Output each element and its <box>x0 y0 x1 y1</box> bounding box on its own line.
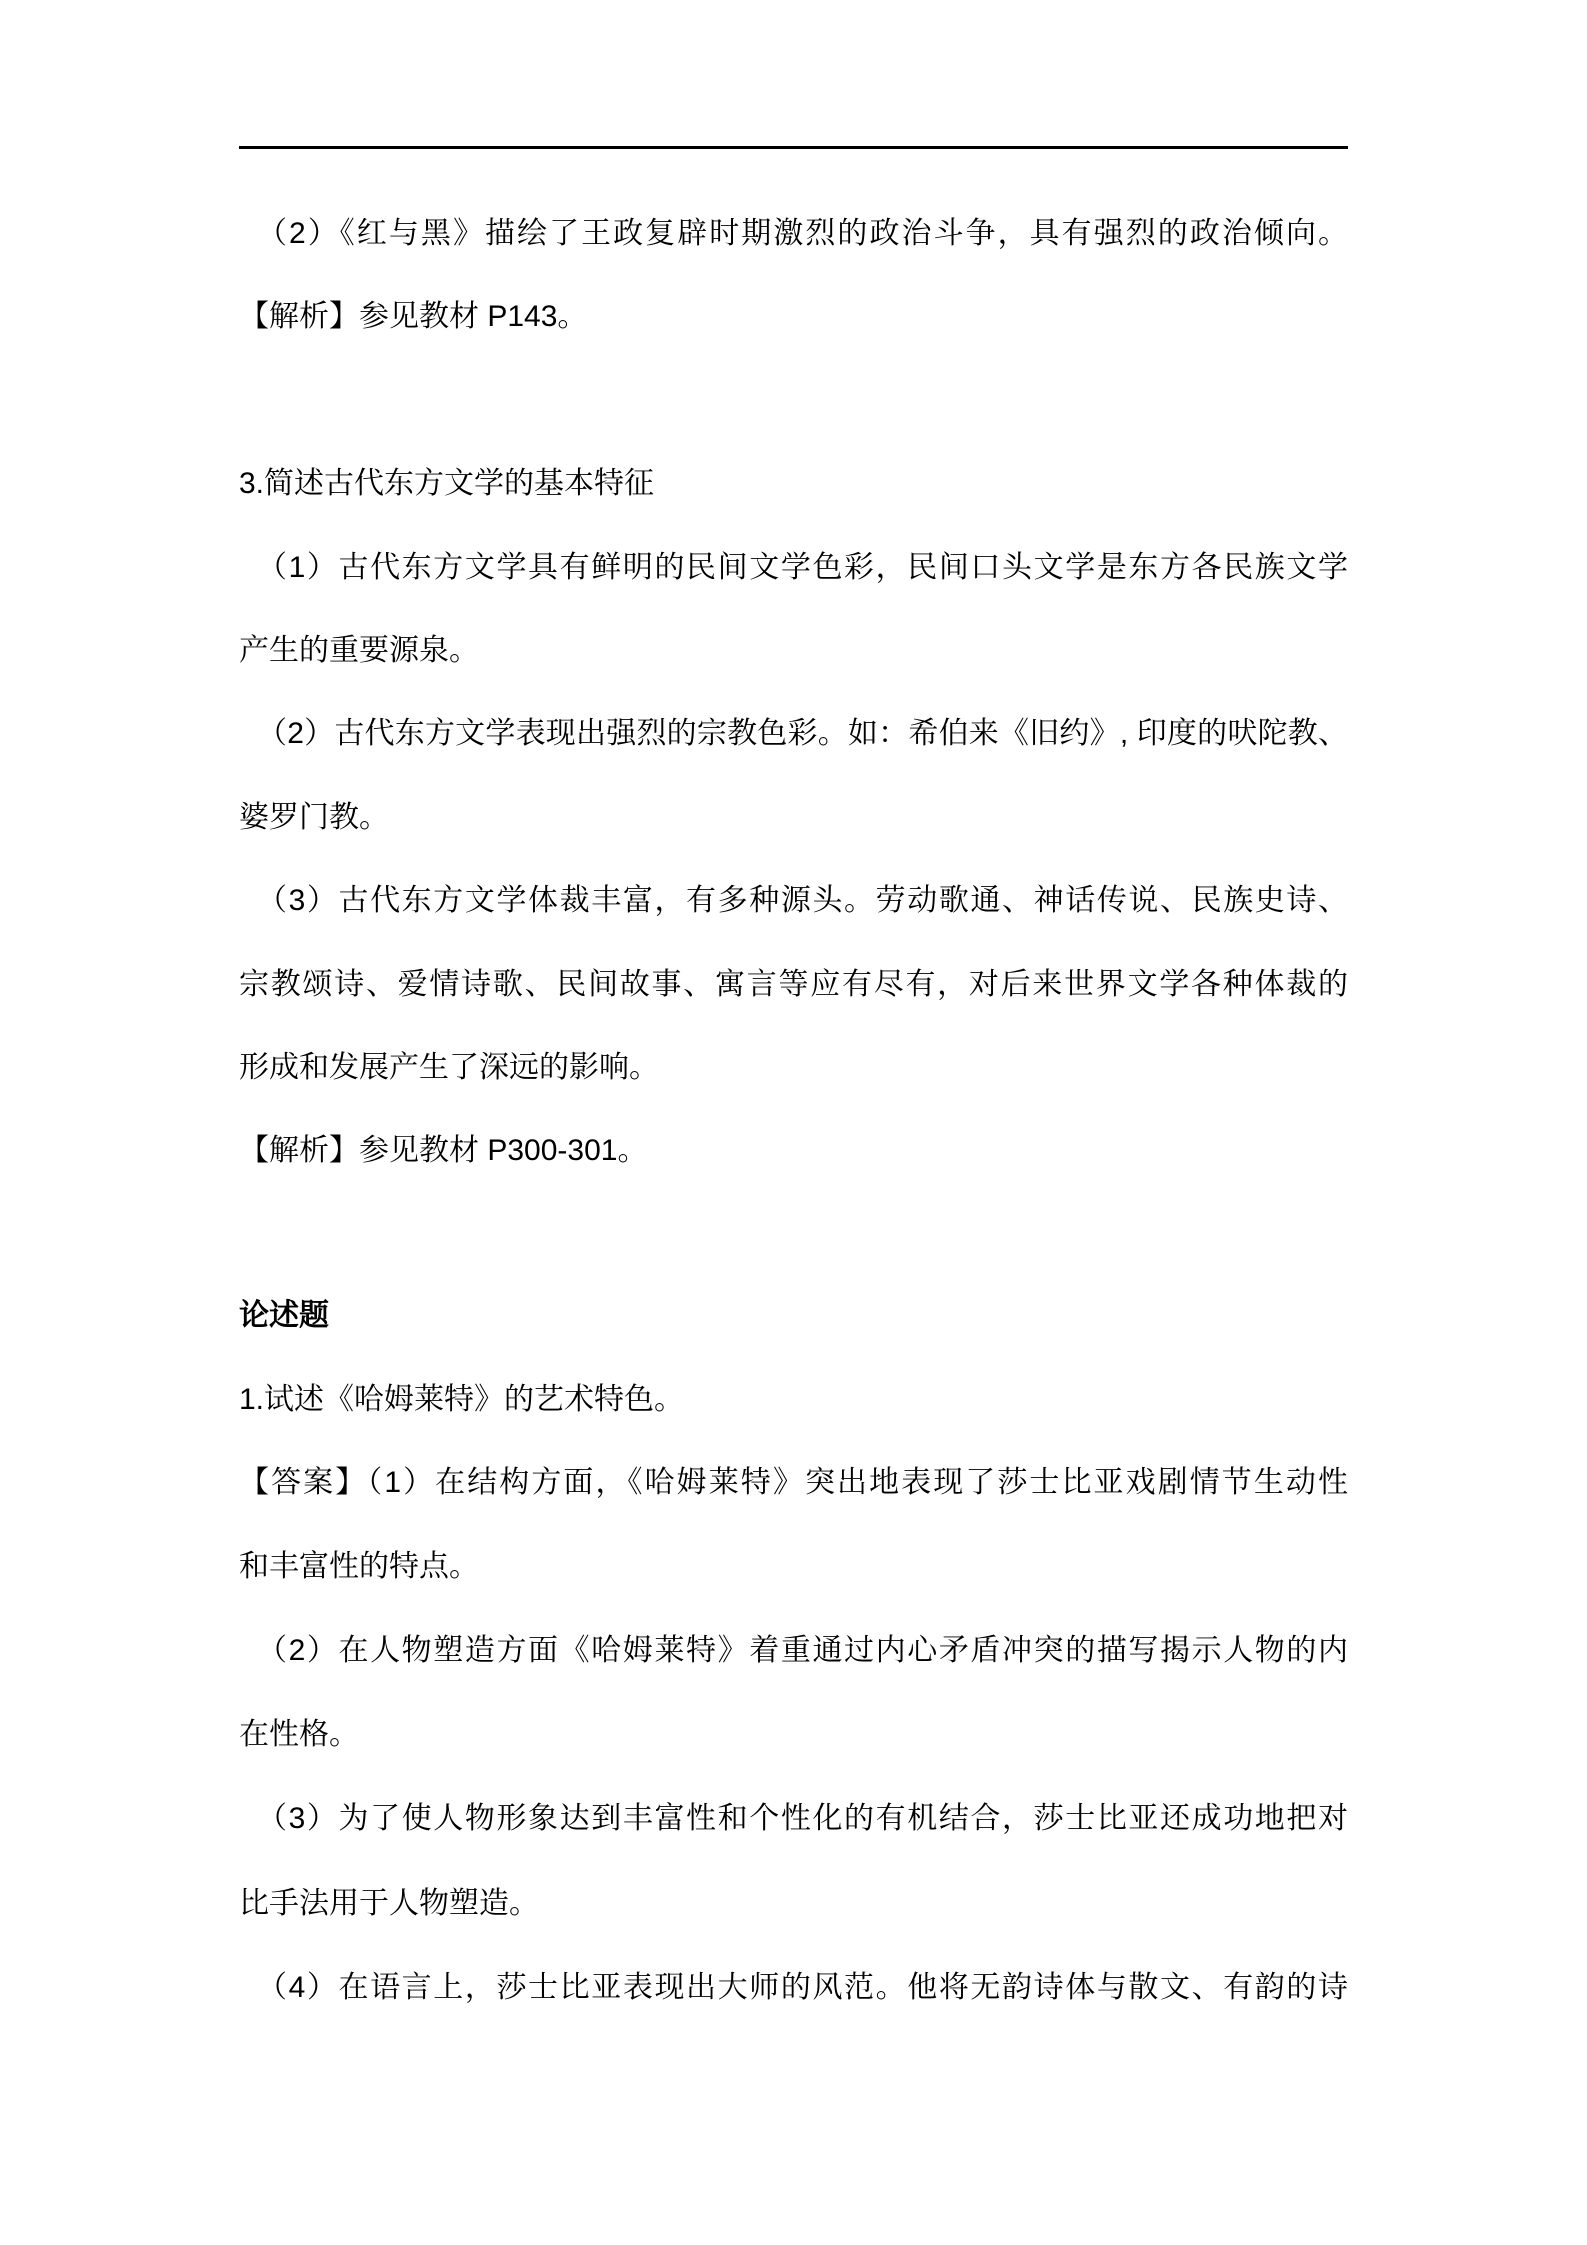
section-heading: 论述题 <box>239 1294 1348 1338</box>
header-rule <box>239 146 1348 149</box>
text-line: 宗教颂诗、爱情诗歌、民间故事、寓言等应有尽有，对后来世界文学各种体裁的 <box>239 963 1348 1007</box>
text-line: （1）古代东方文学具有鲜明的民间文学色彩，民间口头文学是东方各民族文学 <box>239 546 1348 590</box>
text-line: 【解析】参见教材 P300-301。 <box>239 1129 1348 1173</box>
text-line: （2）《红与黑》描绘了王政复辟时期激烈的政治斗争，具有强烈的政治倾向。 <box>239 212 1348 256</box>
text-line: （3）古代东方文学体裁丰富，有多种源头。劳动歌通、神话传说、民族史诗、 <box>239 879 1348 923</box>
text-line: （4）在语言上，莎士比亚表现出大师的风范。他将无韵诗体与散文、有韵的诗 <box>239 1966 1348 2010</box>
text-line: 比手法用于人物塑造。 <box>239 1882 1348 1926</box>
text-line: 婆罗门教。 <box>239 796 1348 840</box>
text-line: 在性格。 <box>239 1713 1348 1757</box>
text-line: 1.试述《哈姆莱特》的艺术特色。 <box>239 1378 1348 1422</box>
text-line: 【答案】（1）在结构方面，《哈姆莱特》突出地表现了莎士比亚戏剧情节生动性 <box>239 1461 1348 1505</box>
text-line: 3.简述古代东方文学的基本特征 <box>239 462 1348 506</box>
text-line: 【解析】参见教材 P143。 <box>239 295 1348 339</box>
text-line: 形成和发展产生了深远的影响。 <box>239 1046 1348 1090</box>
text-line: （2）古代东方文学表现出强烈的宗教色彩。如：希伯来《旧约》, 印度的吠陀教、 <box>239 712 1348 756</box>
document-page: （2）《红与黑》描绘了王政复辟时期激烈的政治斗争，具有强烈的政治倾向。【解析】参… <box>0 0 1587 2245</box>
text-line: （3）为了使人物形象达到丰富性和个性化的有机结合，莎士比亚还成功地把对 <box>239 1797 1348 1841</box>
text-line: 产生的重要源泉。 <box>239 629 1348 673</box>
text-line: 和丰富性的特点。 <box>239 1545 1348 1589</box>
text-line: （2）在人物塑造方面《哈姆莱特》着重通过内心矛盾冲突的描写揭示人物的内 <box>239 1629 1348 1673</box>
